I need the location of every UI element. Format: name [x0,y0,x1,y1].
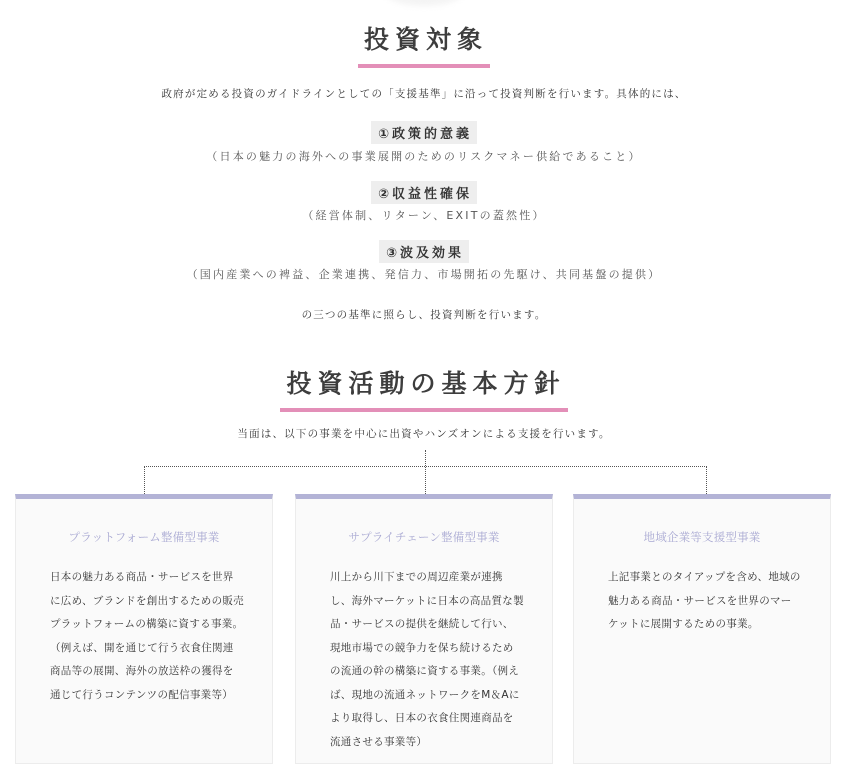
card-title: サプライチェーン整備型事業 [296,529,552,545]
criterion-heading-text: ③波及効果 [379,240,469,263]
criterion-description-3: （国内産業への裨益、企業連携、発信力、市場開拓の先駆け、共同基盤の提供） [0,266,848,282]
connector-center-vertical [425,450,426,494]
section-title-investment-target: 投資対象 [0,20,848,68]
criterion-description-1: （日本の魅力の海外への事業展開のためのリスクマネー供給であること） [0,148,848,164]
criterion-heading-text: ②収益性確保 [371,181,477,204]
card-body: 川上から川下までの周辺産業が連携し、海外マーケットに日本の高品質な製品・サービス… [330,566,524,754]
decorative-top-shape [384,0,464,6]
criterion-heading-1: ①政策的意義 [0,121,848,144]
connector-horizontal [144,466,707,467]
section1-conclusion: の三つの基準に照らし、投資判断を行います。 [0,307,848,322]
section1-intro: 政府が定める投資のガイドラインとしての「支援基準」に沿って投資判断を行います。具… [0,86,848,101]
criterion-description-2: （経営体制、リターン、EXITの蓋然性） [0,207,848,223]
card-title: プラットフォーム整備型事業 [16,529,272,545]
business-card-regional: 地域企業等支援型事業 上記事業とのタイアップを含め、地域の魅力ある商品・サービス… [573,494,831,764]
criterion-heading-2: ②収益性確保 [0,181,848,204]
card-body: 日本の魅力ある商品・サービスを世界に広め、ブランドを創出するための販売プラットフ… [50,566,244,707]
business-card-platform: プラットフォーム整備型事業 日本の魅力ある商品・サービスを世界に広め、ブランドを… [15,494,273,764]
connector-right-vertical [706,466,707,494]
section-title-text: 投資対象 [358,20,490,68]
criterion-heading-text: ①政策的意義 [371,121,477,144]
section2-intro: 当面は、以下の事業を中心に出資やハンズオンによる支援を行います。 [0,426,848,441]
card-body: 上記事業とのタイアップを含め、地域の魅力ある商品・サービスを世界のマーケットに展… [608,566,802,637]
criterion-heading-3: ③波及効果 [0,240,848,263]
business-card-supply-chain: サプライチェーン整備型事業 川上から川下までの周辺産業が連携し、海外マーケットに… [295,494,553,764]
card-title: 地域企業等支援型事業 [574,529,830,545]
section-title-basic-policy: 投資活動の基本方針 [0,364,848,412]
connector-left-vertical [144,466,145,494]
section-title-text: 投資活動の基本方針 [280,364,567,412]
